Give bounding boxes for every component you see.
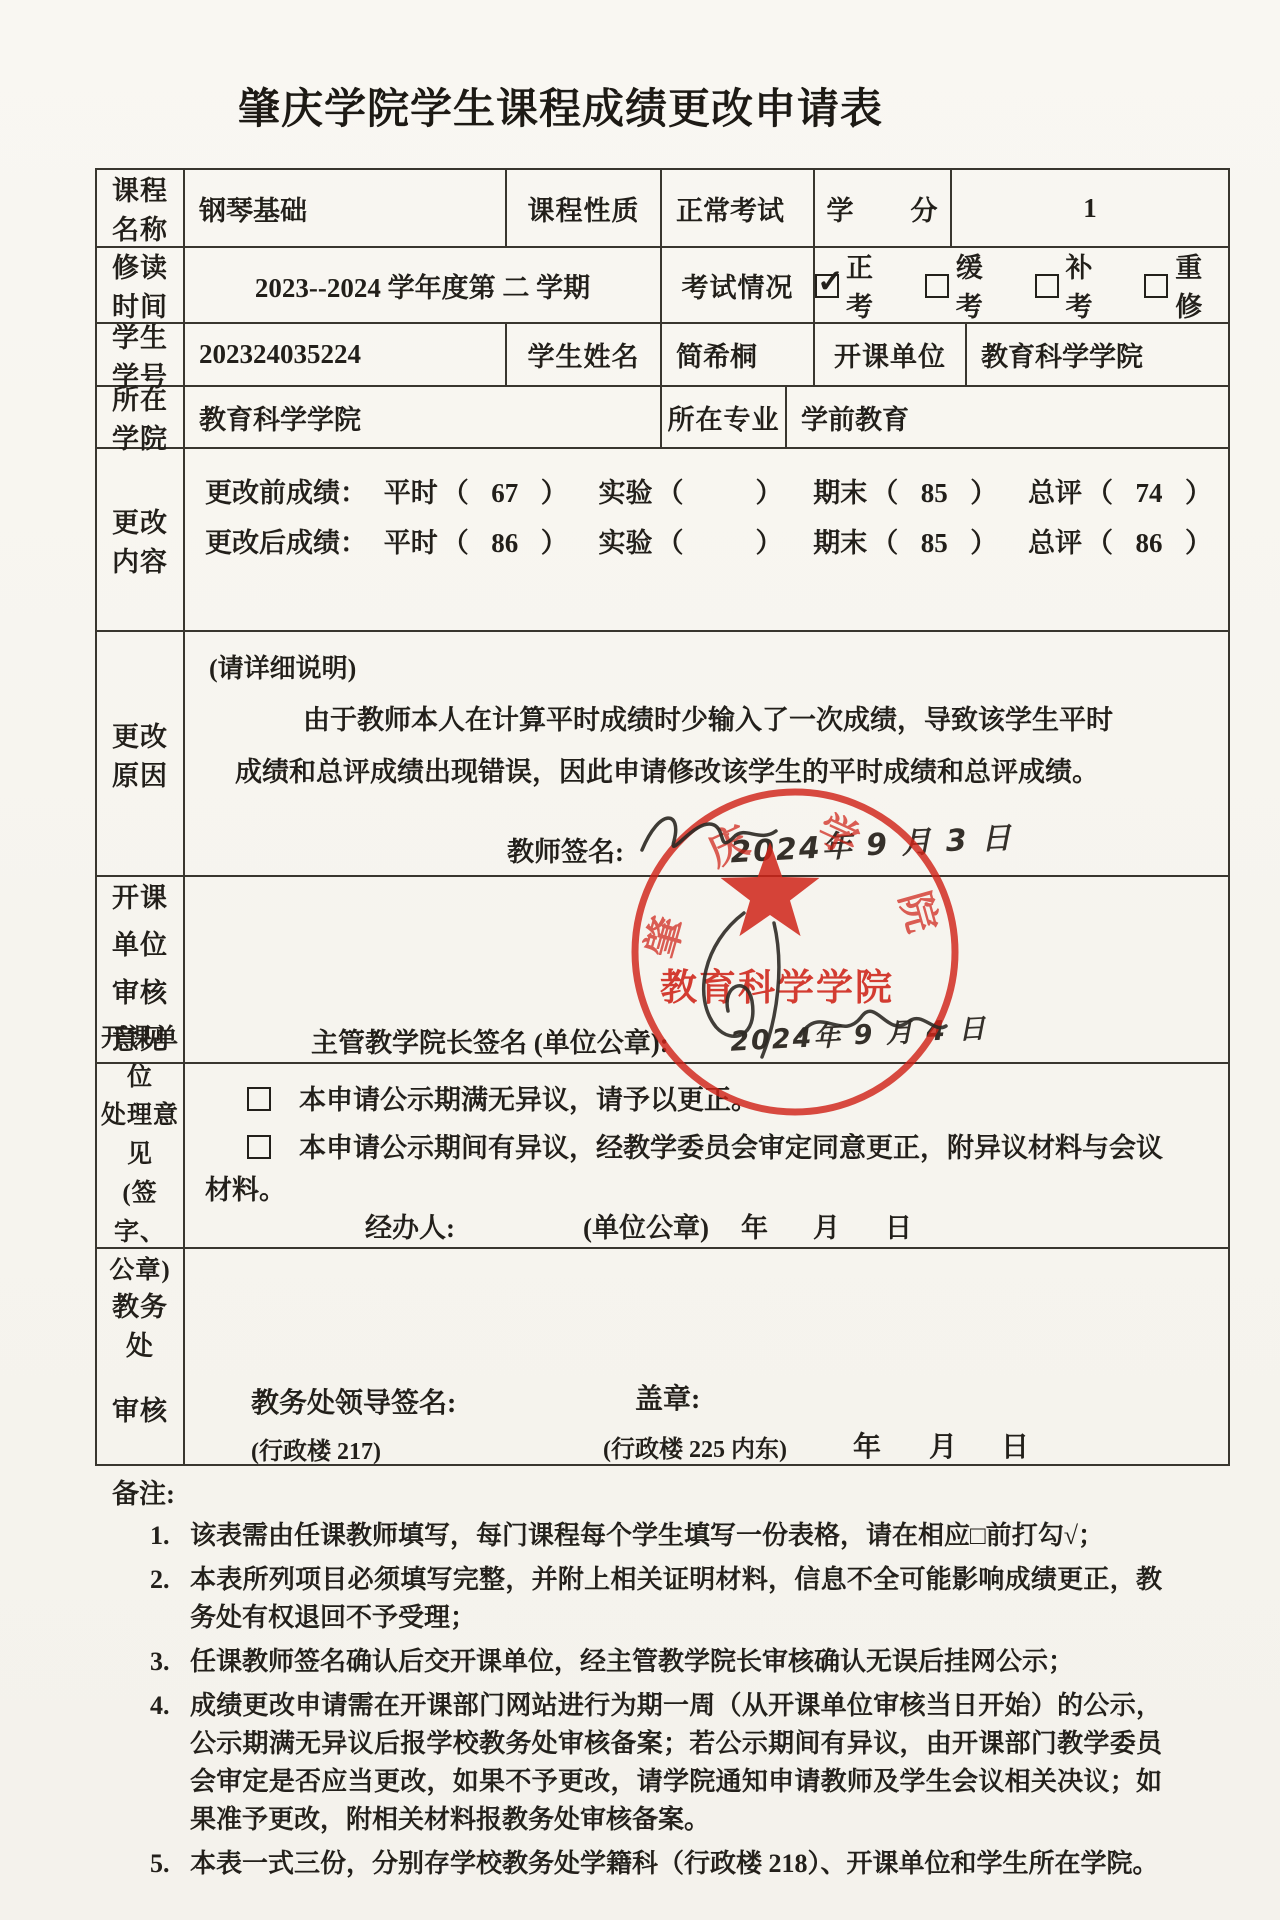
- teacher-sign-date: 2024年 9 月 3 日: [729, 813, 1014, 872]
- reason-line2: 成绩和总评成绩出现错误，因此申请修改该学生的平时成绩和总评成绩。: [235, 750, 1099, 789]
- scanned-form-page: 肇庆学院学生课程成绩更改申请表 课程名称 钢琴基础 课程性质 正常考试 学 分 …: [0, 0, 1280, 1920]
- scores-after-prefix: 更改后成绩：: [205, 528, 367, 558]
- credit-label: 学 分: [815, 170, 952, 246]
- row-dean-office: 教务处 审核 教务处领导签名: (行政楼 217) 盖章: (行政楼 225 内…: [97, 1249, 1228, 1464]
- student-name-label: 学生姓名: [507, 324, 662, 385]
- scores-before-line: 更改前成绩： 平时（67） 实验（） 期末（85） 总评（74）: [205, 471, 1212, 515]
- dean-office-seal-location: (行政楼 225 内东): [603, 1429, 787, 1464]
- decision-option1: 本申请公示期满无异议，请予以更正。: [247, 1078, 758, 1117]
- date-month-label: 月: [929, 1425, 957, 1465]
- course-type-label: 课程性质: [507, 170, 662, 246]
- teacher-sign-label: 教师签名:: [507, 830, 624, 869]
- change-content-value: 更改前成绩： 平时（67） 实验（） 期末（85） 总评（74） 更改后成绩： …: [185, 449, 1228, 630]
- score-before-final: 85: [898, 471, 970, 515]
- dean-office-value: 教务处领导签名: (行政楼 217) 盖章: (行政楼 225 内东) 年 月 …: [185, 1249, 1228, 1464]
- change-content-label: 更改内容: [97, 449, 185, 630]
- scores-before-prefix: 更改前成绩：: [205, 478, 367, 508]
- note-item: 3. 任课教师签名确认后交开课单位，经主管教学院长审核确认无误后挂网公示；: [150, 1643, 1162, 1681]
- change-reason-value: (请详细说明) 由于教师本人在计算平时成绩时少输入了一次成绩，导致该学生平时 成…: [185, 632, 1228, 875]
- row-student: 学生学号 202324035224 学生姓名 简希桐 开课单位 教育科学学院: [97, 324, 1228, 387]
- checkbox-label: 重修: [1175, 246, 1228, 324]
- score-after-regular: 86: [469, 521, 541, 565]
- offering-unit-label: 开课单位: [815, 324, 967, 385]
- checkbox-retake: 重修: [1144, 246, 1228, 324]
- row-unit-decision: 开课单位 处理意见 (签字、 公章) 本申请公示期满无异议，请予以更正。 本申请…: [97, 1064, 1228, 1249]
- note-item: 1. 该表需由任课教师填写，每门课程每个学生填写一份表格，请在相应□前打勾√；: [150, 1517, 1162, 1555]
- note-item: 4. 成绩更改申请需在开课部门网站进行为期一周（从开课单位审核当日开始）的公示，…: [150, 1687, 1162, 1839]
- agent-label: 经办人:: [365, 1206, 455, 1245]
- reason-hint: (请详细说明): [209, 648, 356, 685]
- notes-section: 备注: 1. 该表需由任课教师填写，每门课程每个学生填写一份表格，请在相应□前打…: [112, 1472, 1192, 1883]
- course-name-value: 钢琴基础: [185, 170, 507, 246]
- student-id-value: 202324035224: [185, 324, 507, 385]
- dean-office-seal-label: 盖章:: [635, 1377, 700, 1417]
- reason-line1: 由于教师本人在计算平时成绩时少输入了一次成绩，导致该学生平时: [303, 698, 1113, 737]
- decision-option2: 本申请公示期间有异议，经教学委员会审定同意更正，附异议材料与会议: [247, 1126, 1163, 1165]
- unit-decision-label: 开课单位 处理意见 (签字、 公章): [97, 1064, 185, 1247]
- exam-status-label: 考试情况: [662, 248, 815, 322]
- checkbox-normal-exam: ✓ 正考: [815, 246, 899, 324]
- row-course: 课程名称 钢琴基础 课程性质 正常考试 学 分 1: [97, 170, 1228, 248]
- score-before-total: 74: [1113, 471, 1185, 515]
- checkbox-empty-icon: [925, 274, 949, 298]
- checkbox-empty-icon: [1035, 274, 1059, 298]
- date-day-label: 日: [1001, 1425, 1029, 1465]
- form-title: 肇庆学院学生课程成绩更改申请表: [238, 76, 883, 136]
- major-value: 学前教育: [787, 387, 1228, 447]
- row-term: 修读时间 2023--2024 学年度第 二 学期 考试情况 ✓ 正考 缓考 补…: [97, 248, 1228, 324]
- college-label: 所在学院: [97, 387, 185, 447]
- course-name-label: 课程名称: [97, 170, 185, 246]
- checkbox-empty-icon: [247, 1087, 271, 1111]
- unit-review-value: 主管教学院长签名 (单位公章): 2024年 9 月 4 日: [185, 877, 1228, 1062]
- date-year-label: 年: [741, 1206, 768, 1245]
- checkbox-label: 正考: [846, 246, 899, 324]
- dean-sign-date: 2024年 9 月 4 日: [729, 1006, 988, 1058]
- date-year-label: 年: [853, 1425, 881, 1465]
- row-unit-review: 开课单位 审核意见 主管教学院长签名 (单位公章): 2024年 9 月 4 日: [97, 877, 1228, 1064]
- checkbox-checked-icon: ✓: [815, 274, 839, 298]
- date-month-label: 月: [813, 1206, 840, 1245]
- dean-office-label: 教务处 审核: [97, 1249, 185, 1464]
- checkbox-empty-icon: [1144, 274, 1168, 298]
- major-label: 所在专业: [662, 387, 787, 447]
- term-label: 修读时间: [97, 248, 185, 322]
- dean-office-sign-location: (行政楼 217): [251, 1431, 381, 1466]
- term-value: 2023--2024 学年度第 二 学期: [185, 248, 662, 322]
- credit-value: 1: [952, 170, 1228, 246]
- score-before-regular: 67: [469, 471, 541, 515]
- note-item: 2. 本表所列项目必须填写完整，并附上相关证明材料，信息不全可能影响成绩更正，教…: [150, 1561, 1162, 1637]
- college-value: 教育科学学院: [185, 387, 662, 447]
- score-after-total: 86: [1113, 521, 1185, 565]
- unit-seal-label: (单位公章): [583, 1206, 709, 1245]
- checkbox-label: 补考: [1066, 246, 1119, 324]
- notes-label: 备注:: [112, 1472, 1192, 1511]
- offering-unit-value: 教育科学学院: [967, 324, 1228, 385]
- dean-sign-label: 主管教学院长签名 (单位公章):: [311, 1021, 669, 1060]
- row-change-reason: 更改原因 (请详细说明) 由于教师本人在计算平时成绩时少输入了一次成绩，导致该学…: [97, 632, 1228, 877]
- unit-decision-value: 本申请公示期满无异议，请予以更正。 本申请公示期间有异议，经教学委员会审定同意更…: [185, 1064, 1228, 1247]
- date-day-label: 日: [885, 1206, 912, 1245]
- exam-status-value: ✓ 正考 缓考 补考 重修: [815, 248, 1228, 322]
- score-after-final: 85: [898, 521, 970, 565]
- row-change-content: 更改内容 更改前成绩： 平时（67） 实验（） 期末（85） 总评（74） 更改…: [97, 449, 1228, 632]
- row-college: 所在学院 教育科学学院 所在专业 学前教育: [97, 387, 1228, 449]
- student-id-label: 学生学号: [97, 324, 185, 385]
- checkbox-label: 缓考: [956, 246, 1009, 324]
- checkbox-deferred-exam: 缓考: [925, 246, 1009, 324]
- exam-checkbox-group: ✓ 正考 缓考 补考 重修: [815, 246, 1228, 324]
- note-item: 5. 本表一式三份，分别存学校教务处学籍科（行政楼 218）、开课单位和学生所在…: [150, 1845, 1162, 1883]
- change-reason-label: 更改原因: [97, 632, 185, 875]
- form-table: 课程名称 钢琴基础 课程性质 正常考试 学 分 1 修读时间 2023--202…: [95, 168, 1230, 1466]
- student-name-value: 简希桐: [662, 324, 815, 385]
- checkbox-makeup-exam: 补考: [1035, 246, 1119, 324]
- decision-option2-cont: 材料。: [205, 1168, 286, 1207]
- checkbox-empty-icon: [247, 1135, 271, 1159]
- course-type-value: 正常考试: [662, 170, 815, 246]
- dean-office-sign-label: 教务处领导签名:: [251, 1381, 456, 1421]
- scores-after-line: 更改后成绩： 平时（86） 实验（） 期末（85） 总评（86）: [205, 521, 1212, 565]
